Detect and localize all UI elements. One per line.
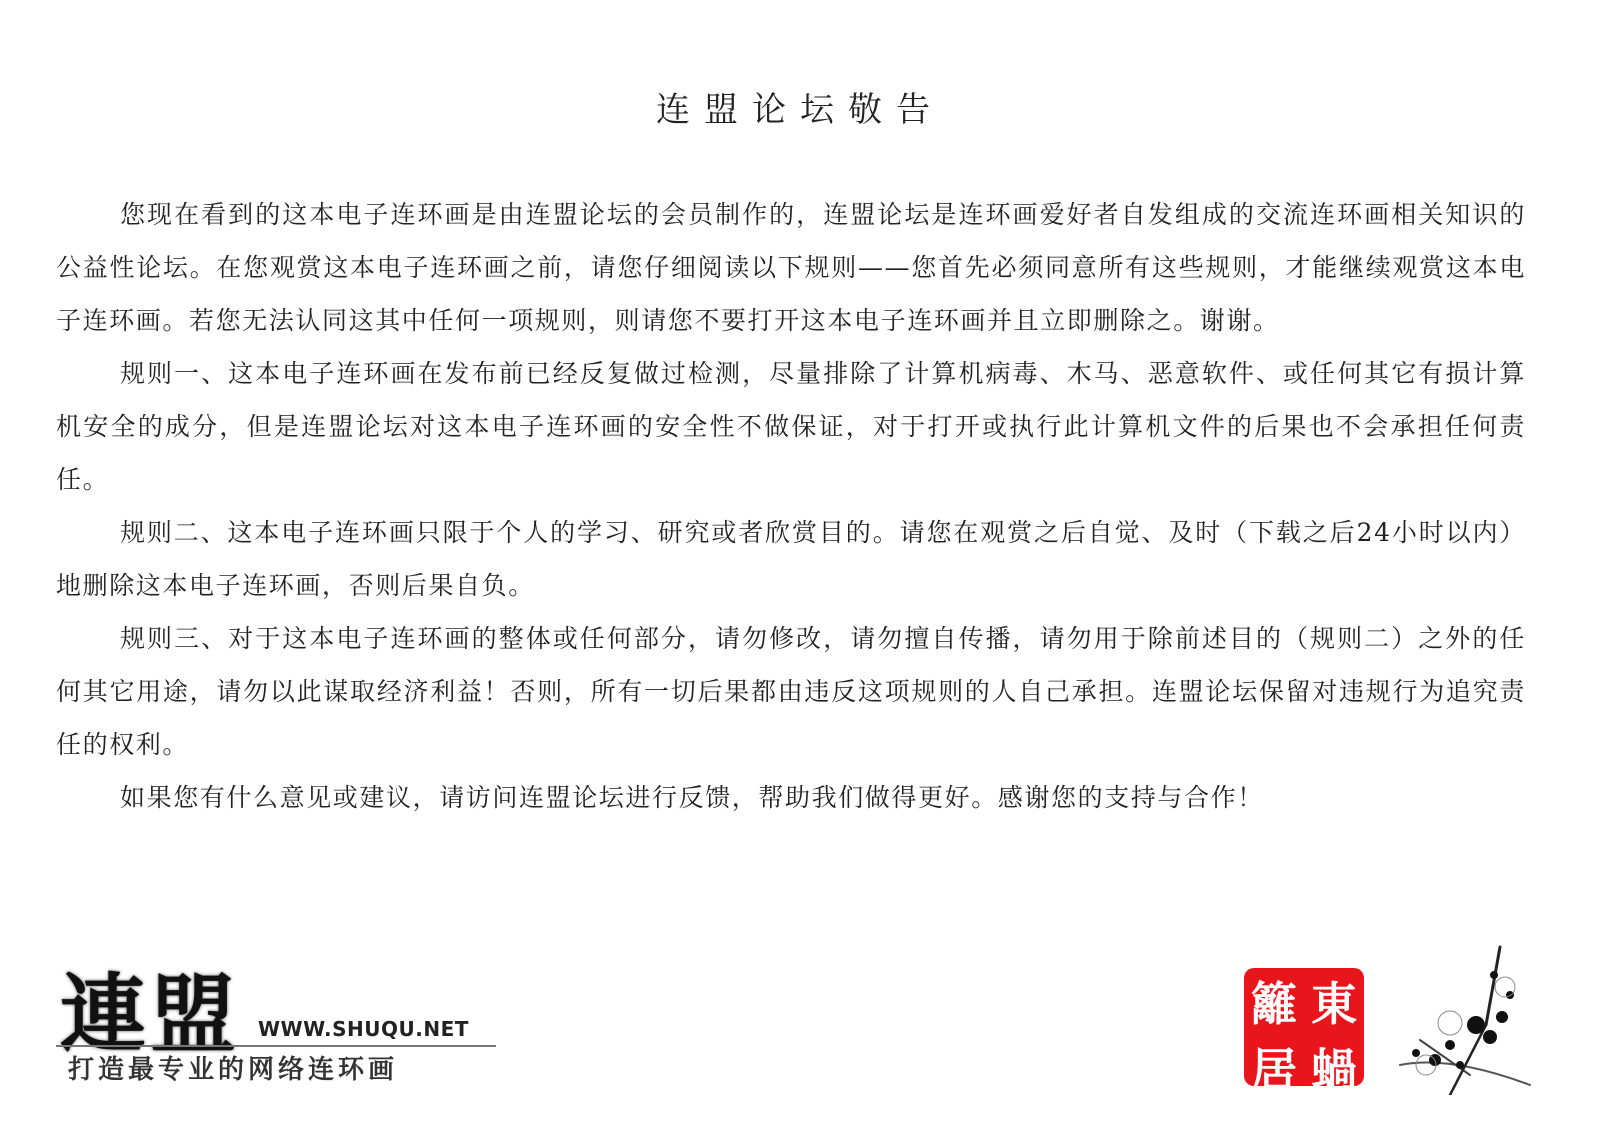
rule-three-paragraph: 规则三、对于这本电子连环画的整体或任何部分，请勿修改，请勿擅自传播，请勿用于除前… xyxy=(56,612,1526,771)
seal-char: 東 xyxy=(1304,968,1364,1034)
rule-one-paragraph: 规则一、这本电子连环画在发布前已经反复做过检测，尽量排除了计算机病毒、木马、恶意… xyxy=(56,347,1526,506)
logo-slogan: 打造最专业的网络连环画 xyxy=(68,1049,398,1086)
red-seal-stamp: 東 籬 蝸 居 xyxy=(1244,968,1364,1086)
intro-paragraph: 您现在看到的这本电子连环画是由连盟论坛的会员制作的，连盟论坛是连环画爱好者自发组… xyxy=(56,188,1526,347)
seal-char: 蝸 xyxy=(1304,1034,1364,1100)
logo-divider xyxy=(56,1045,496,1047)
lianmeng-logo: 連盟 WWW.SHUQU.NET 打造最专业的网络连环画 xyxy=(56,945,496,1085)
rule-two-paragraph: 规则二、这本电子连环画只限于个人的学习、研究或者欣赏目的。请您在观赏之后自觉、及… xyxy=(56,506,1526,612)
plum-blossom-icon xyxy=(1390,945,1540,1095)
page-title: 连盟论坛敬告 xyxy=(0,82,1600,131)
seal-char: 居 xyxy=(1244,1034,1304,1100)
seal-char: 籬 xyxy=(1244,968,1304,1034)
feedback-paragraph: 如果您有什么意见或建议，请访问连盟论坛进行反馈，帮助我们做得更好。感谢您的支持与… xyxy=(56,771,1526,824)
logo-url: WWW.SHUQU.NET xyxy=(258,1017,469,1041)
notice-body: 您现在看到的这本电子连环画是由连盟论坛的会员制作的，连盟论坛是连环画爱好者自发组… xyxy=(56,188,1526,824)
